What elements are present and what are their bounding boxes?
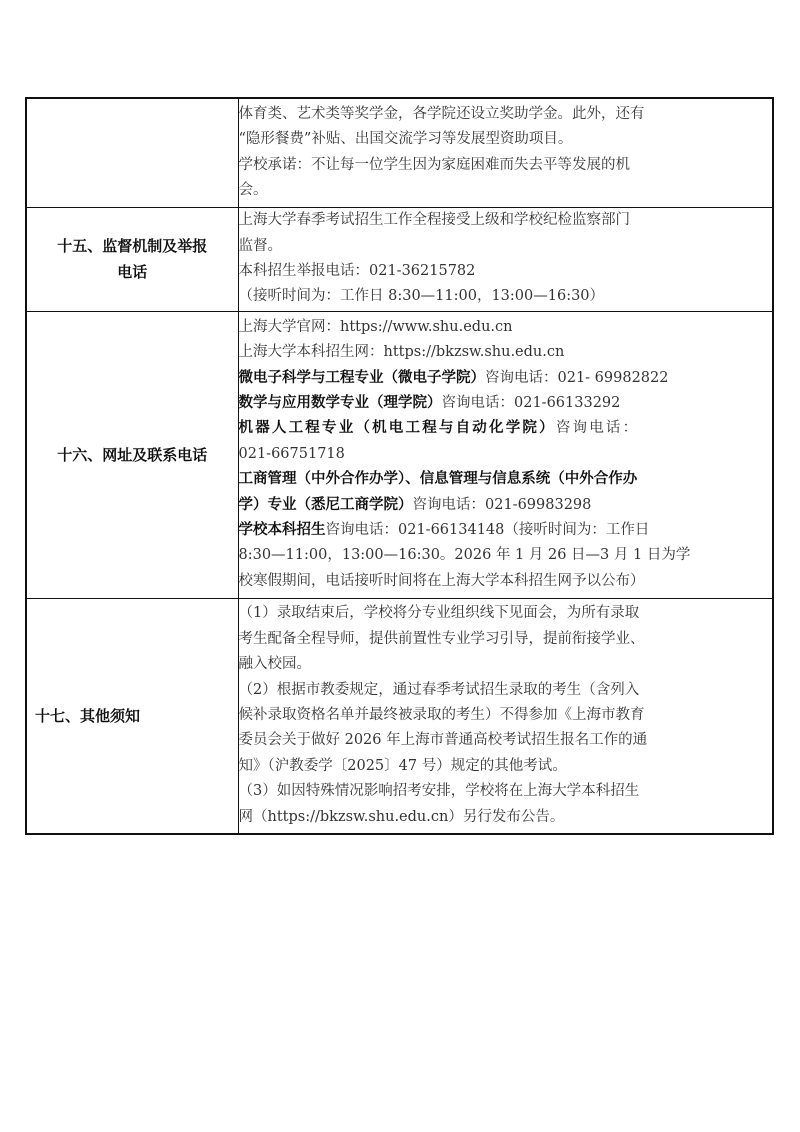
official-site-link[interactable]: 上海大学官网：https://www.shu.edu.cn: [239, 315, 773, 340]
text-line: 考生配备全程导师，提供前置性专业学习引导，提前衔接学业、: [239, 627, 773, 652]
dept-name: 微电子科学与工程专业（微电子学院）: [239, 370, 486, 386]
dept-name: 数学与应用数学专业（理学院）: [239, 395, 442, 411]
admissions-info-table: 体育类、艺术类等奖学金，各学院还设立奖助学金。此外，还有 “隐形餐费”补贴、出国…: [25, 97, 774, 835]
report-phone: 本科招生举报电话：021-36215782: [239, 259, 773, 284]
dept-name: 工商管理（中外合作办学）、信息管理与信息系统（中外合作办: [239, 471, 638, 487]
table-row-supervision: 十五、监督机制及举报 电话 上海大学春季考试招生工作全程接受上级和学校纪检监察部…: [26, 207, 773, 311]
contact-undergrad-admissions: 学校本科招生咨询电话：021-66134148（接听时间为：工作日: [239, 518, 773, 543]
text-line: “隐形餐费”补贴、出国交流学习等发展型资助项目。: [239, 127, 773, 152]
text-line: 委员会关于做好 2026 年上海市普通高校考试招生报名工作的通: [239, 728, 773, 753]
phone: 咨询电话：021-66134148（接听时间为：工作日: [326, 522, 650, 538]
dept-name: 学）专业（悉尼工商学院）: [239, 497, 413, 513]
contact-robotics: 机器人工程专业（机电工程与自动化学院）咨询电话：: [239, 416, 773, 441]
admissions-site-link[interactable]: 上海大学本科招生网：https://bkzsw.shu.edu.cn: [239, 340, 773, 365]
contact-sydney-business-cont: 学）专业（悉尼工商学院）咨询电话：021-69983298: [239, 493, 773, 518]
row-heading-supervision: 十五、监督机制及举报 电话: [26, 207, 238, 311]
row-content: 上海大学官网：https://www.shu.edu.cn 上海大学本科招生网：…: [238, 311, 773, 598]
row-heading-empty: [26, 98, 238, 207]
table-row-contacts: 十六、网址及联系电话 上海大学官网：https://www.shu.edu.cn…: [26, 311, 773, 598]
text-line: 融入校园。: [239, 652, 773, 677]
phone: 咨询电话：021-66133292: [442, 395, 621, 411]
text-line: 体育类、艺术类等奖学金，各学院还设立奖助学金。此外，还有: [239, 102, 773, 127]
text-line: 候补录取资格名单并最终被录取的考生）不得参加《上海市教育: [239, 703, 773, 728]
row-content: 体育类、艺术类等奖学金，各学院还设立奖助学金。此外，还有 “隐形餐费”补贴、出国…: [238, 98, 773, 207]
phone: 咨询电话：021- 69982822: [485, 370, 669, 386]
text-line: （1）录取结束后，学校将分专业组织线下见面会，为所有录取: [239, 601, 773, 626]
phone: 021-66751718: [239, 442, 773, 467]
text-line: （3）如因特殊情况影响招考安排，学校将在上海大学本科招生: [239, 779, 773, 804]
contact-sydney-business: 工商管理（中外合作办学）、信息管理与信息系统（中外合作办: [239, 467, 773, 492]
text-line: 网（https://bkzsw.shu.edu.cn）另行发布公告。: [239, 805, 773, 830]
contact-math: 数学与应用数学专业（理学院）咨询电话：021-66133292: [239, 391, 773, 416]
table-row-other-notes: 十七、其他须知 （1）录取结束后，学校将分专业组织线下见面会，为所有录取 考生配…: [26, 598, 773, 834]
phone-label: 咨询电话：: [556, 420, 640, 436]
heading-line: 十五、监督机制及举报: [27, 233, 238, 259]
text-line: 上海大学春季考试招生工作全程接受上级和学校纪检监察部门: [239, 208, 773, 233]
text-line: 会。: [239, 178, 773, 203]
contact-microelectronics: 微电子科学与工程专业（微电子学院）咨询电话：021- 69982822: [239, 366, 773, 391]
heading-line: 电话: [27, 259, 238, 285]
service-hours: 8:30—11:00，13:00—16:30。2026 年 1 月 26 日—3…: [239, 543, 773, 568]
table-row-scholarship-continued: 体育类、艺术类等奖学金，各学院还设立奖助学金。此外，还有 “隐形餐费”补贴、出国…: [26, 98, 773, 207]
service-hours: （接听时间为：工作日 8:30—11:00，13:00—16:30）: [239, 284, 773, 309]
dept-name: 机器人工程专业（机电工程与自动化学院）: [239, 420, 556, 436]
row-content: （1）录取结束后，学校将分专业组织线下见面会，为所有录取 考生配备全程导师，提供…: [238, 598, 773, 834]
text-line: 学校承诺：不让每一位学生因为家庭困难而失去平等发展的机: [239, 153, 773, 178]
text-line: 知》（沪教委学〔2025〕47 号）规定的其他考试。: [239, 754, 773, 779]
row-heading-other-notes: 十七、其他须知: [26, 598, 238, 834]
service-hours: 校寒假期间，电话接听时间将在上海大学本科招生网予以公布）: [239, 569, 773, 594]
dept-name: 学校本科招生: [239, 522, 326, 538]
phone: 咨询电话：021-69983298: [413, 497, 592, 513]
row-heading-contacts: 十六、网址及联系电话: [26, 311, 238, 598]
text-line: （2）根据市教委规定，通过春季考试招生录取的考生（含列入: [239, 678, 773, 703]
row-content: 上海大学春季考试招生工作全程接受上级和学校纪检监察部门 监督。 本科招生举报电话…: [238, 207, 773, 311]
text-line: 监督。: [239, 234, 773, 259]
